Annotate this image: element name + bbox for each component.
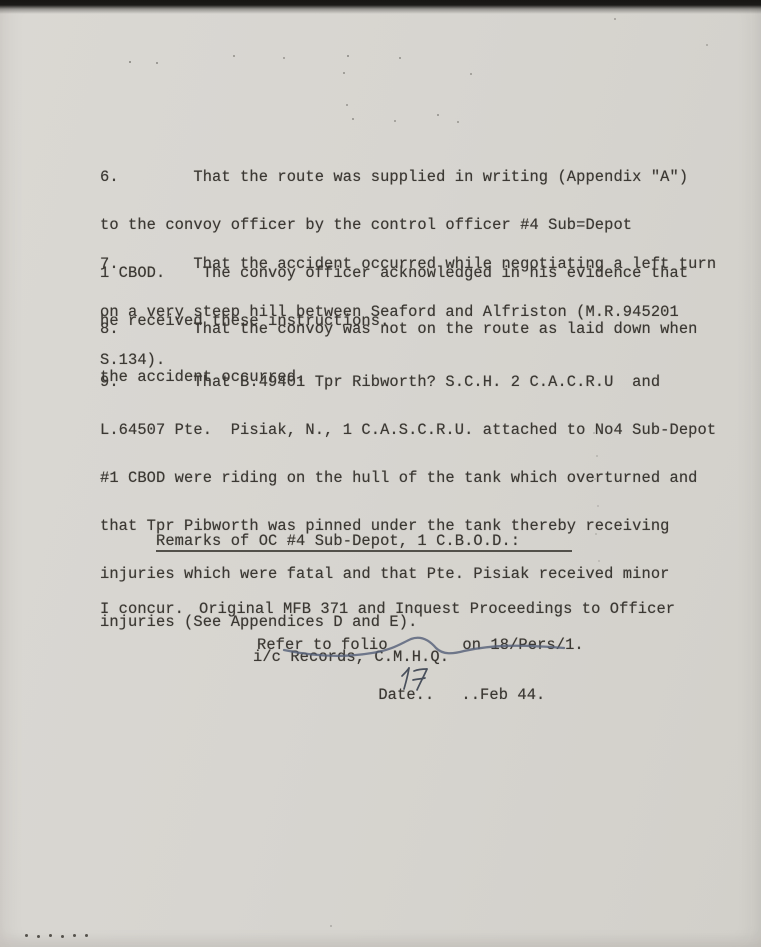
scan-speck [614,18,616,20]
scan-top-edge-shadow [0,0,761,14]
scan-dot [85,934,88,937]
scan-speck [437,114,439,116]
date-line: Date....Feb 44. [341,671,545,719]
scan-dot [37,935,40,938]
scan-speck [330,925,332,927]
scan-speck [352,118,354,120]
paragraph-line: L.64507 Pte. Pisiak, N., 1 C.A.S.C.R.U. … [100,422,716,438]
scan-speck [399,57,401,59]
scanned-document-page: 6. That the route was supplied in writin… [0,0,761,947]
paragraph-line: 6. That the route was supplied in writin… [100,169,688,185]
scan-speck [457,121,459,123]
scan-speck [394,120,396,122]
scan-speck [598,560,600,562]
scan-dot [73,934,76,937]
scan-speck [129,61,131,63]
scan-speck [595,533,597,535]
scan-speck [470,73,472,75]
scan-speck [156,62,158,64]
date-suffix: ..Feb 44. [461,686,545,704]
scan-dot [25,934,28,937]
paragraph-line: 9. That B.49401 Tpr Ribworth? S.C.H. 2 C… [100,374,716,390]
scan-speck [596,455,598,457]
scan-speck [283,57,285,59]
scan-dot [61,935,64,938]
paragraph-line: 8. That the convoy was not on the route … [100,321,698,337]
scan-speck [593,432,595,434]
remarks-heading: Remarks of OC #4 Sub-Depot, 1 C.B.O.D.: [156,533,572,552]
scan-speck [346,104,348,106]
scan-speck [706,44,708,46]
refer-to-folio-line: Refer to folio on 18/Pers/1. [257,637,584,653]
paragraph-line: 7. That the accident occurred while nego… [100,256,716,272]
scan-dot [49,934,52,937]
disposition-line: Original MFB 371 and Inquest Proceedings… [199,601,675,617]
date-prefix: Date.. [378,686,434,704]
scan-speck [594,478,596,480]
scan-speck [233,55,235,57]
scan-speck [597,505,599,507]
paragraph-line: #1 CBOD were riding on the hull of the t… [100,470,716,486]
scan-speck [347,55,349,57]
scan-speck [343,72,345,74]
